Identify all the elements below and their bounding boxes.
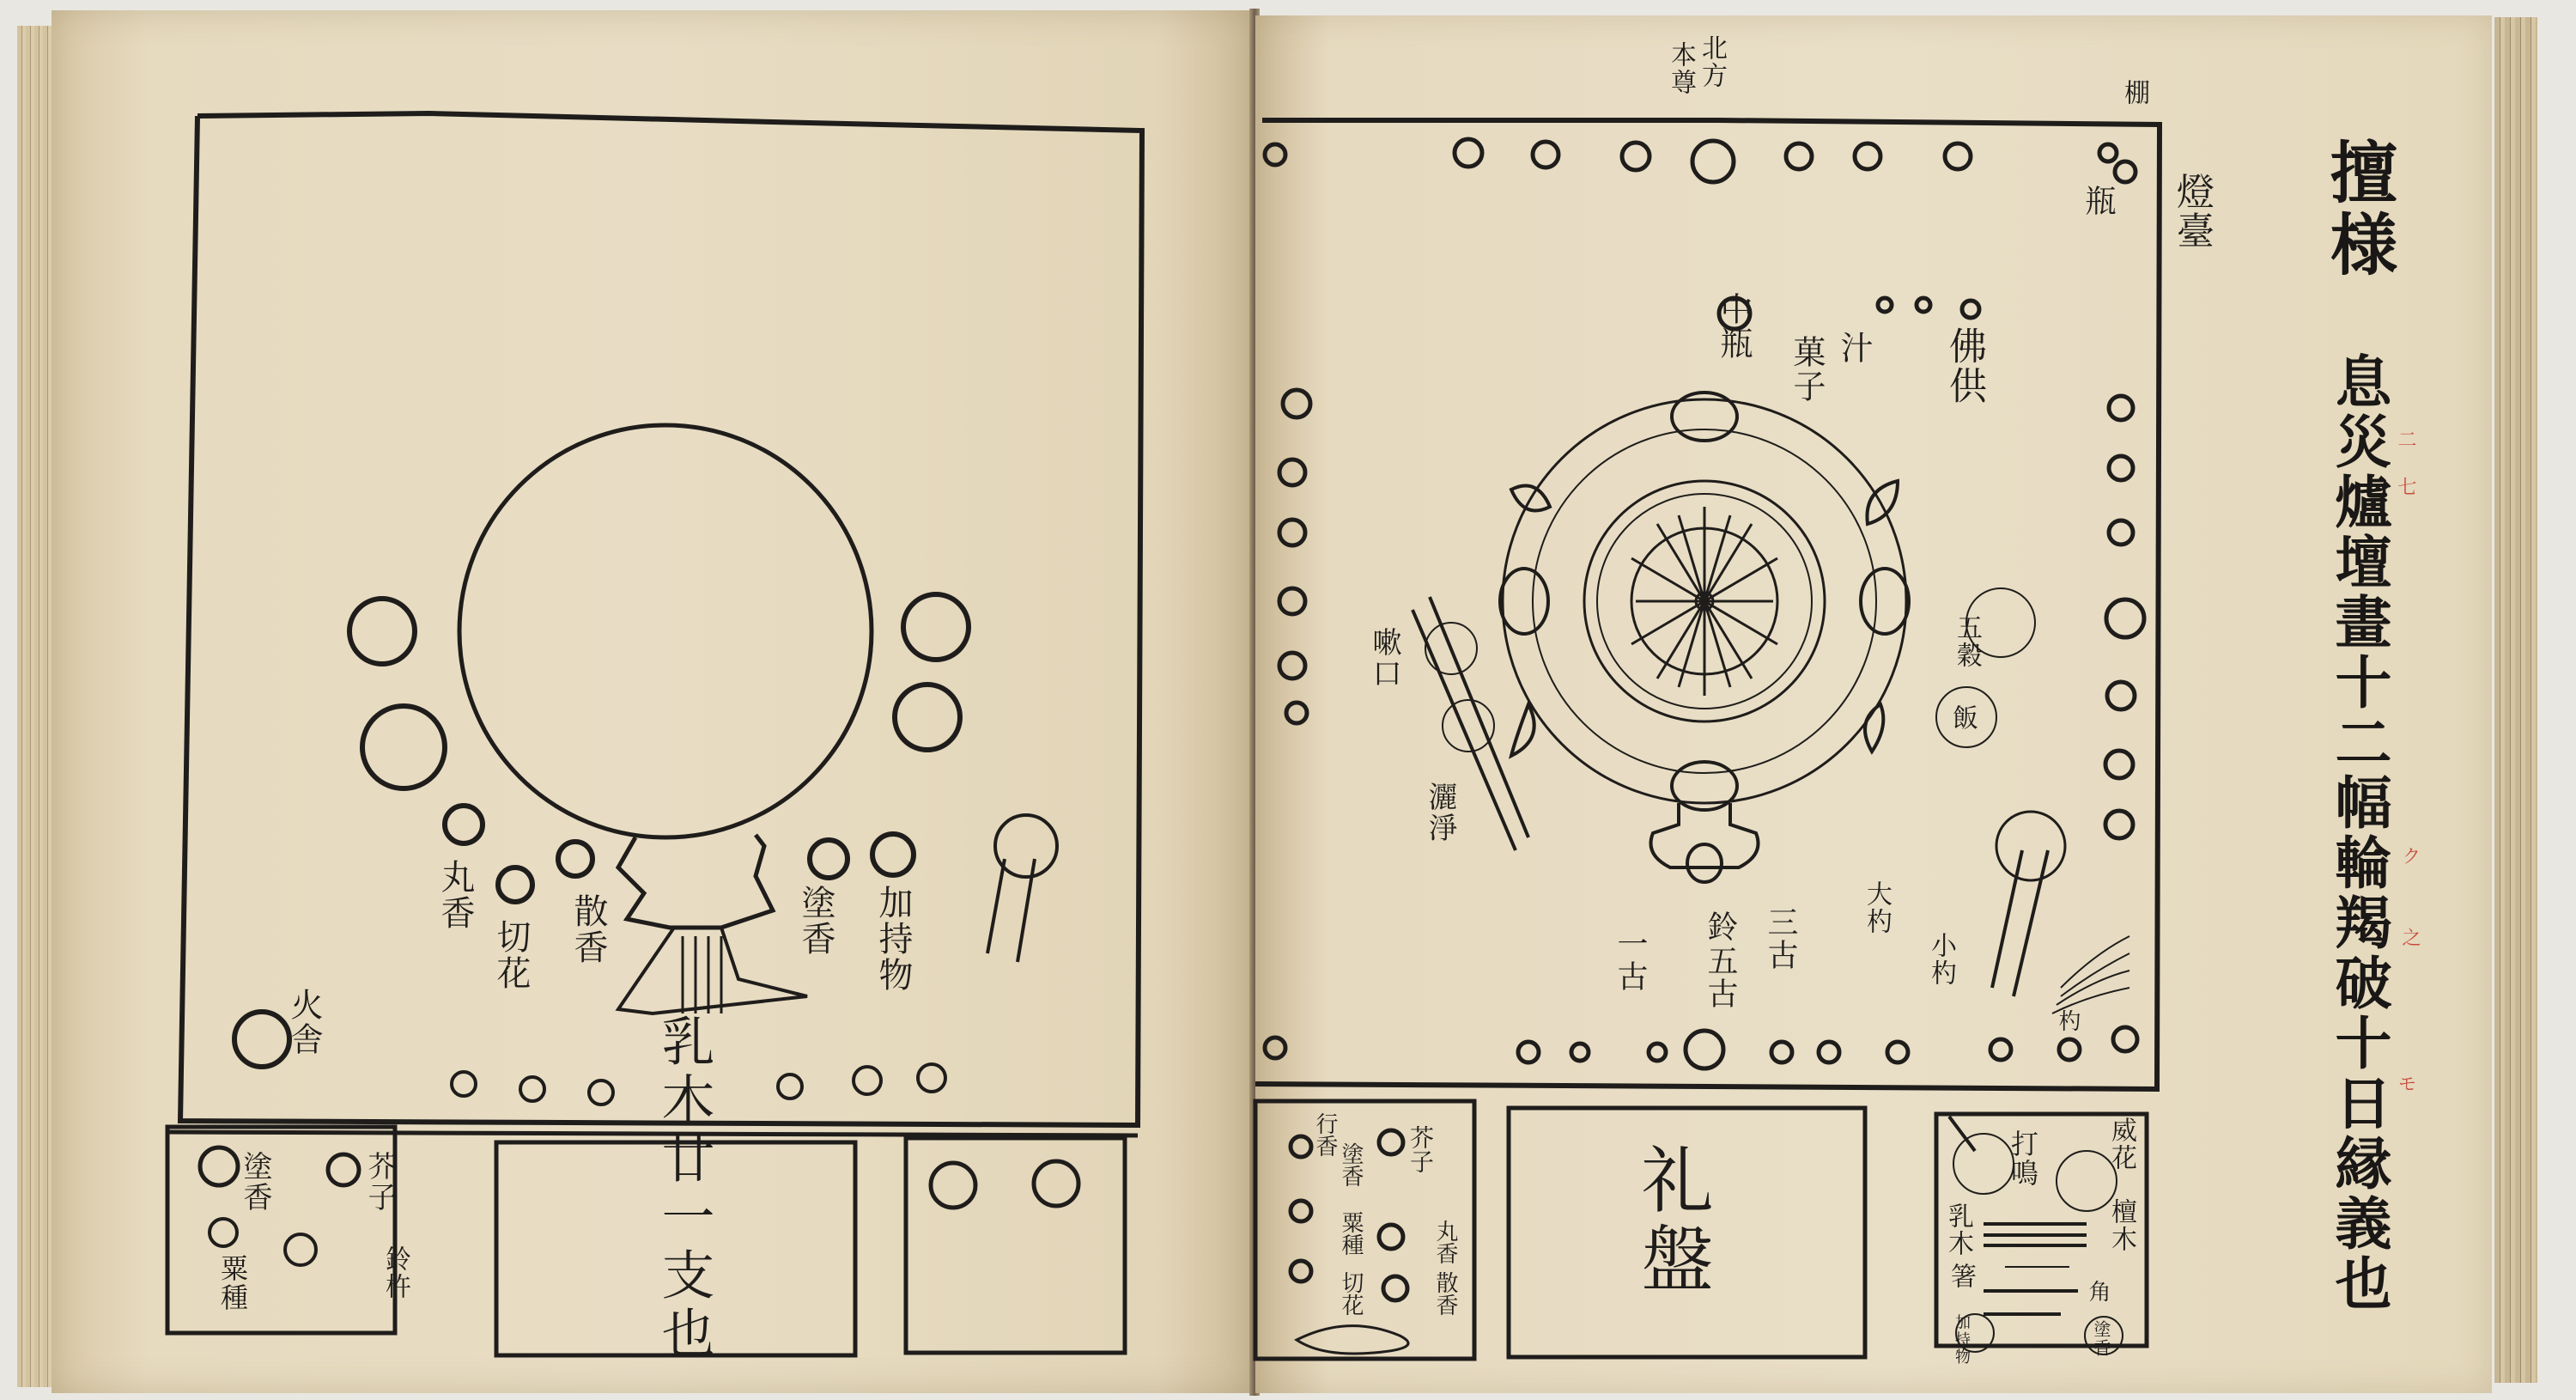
label-chopsticks: 箸 [1947, 1263, 1973, 1290]
red-annotation-3: ク [2400, 846, 2419, 867]
right-page-heading: 擅様 [2310, 137, 2406, 282]
label-fruits: 菓子 [1790, 335, 1823, 404]
label-empowered-items-box: 加持物 [1953, 1314, 1969, 1366]
left-box-mustard-seed: 芥子 [365, 1151, 394, 1213]
label-rice: 飯 [1949, 704, 1975, 732]
lower-left-box-label-2: 塗香 [1340, 1142, 1362, 1187]
label-three-prong: 三古 [1765, 906, 1795, 971]
lower-left-box-label-6: 丸香 [1434, 1220, 1456, 1264]
label-corner-vase: 瓶 [2082, 185, 2113, 217]
lower-left-box-label-5: 芥子 [1408, 1125, 1432, 1173]
label-shelf: 棚 [2121, 79, 2147, 107]
label-smear-incense-box: 塗香 [2093, 1320, 2110, 1358]
label-north: 北方 [1698, 34, 1724, 89]
label-soup: 汁 [1838, 331, 1870, 365]
left-box-millet: 粟種 [219, 1254, 246, 1312]
label-striker: 打鳴 [2009, 1129, 2037, 1188]
label-single-prong: 一古 [1614, 928, 1645, 993]
label-flowers: 威花 [2108, 1117, 2134, 1172]
label-mouth-rinse: 嗽口 [1370, 627, 1399, 689]
open-book: 擅様 息災爐壇畫十二幅輪羯破十日縁義也 北方 本尊 棚 燈臺 瓶 中瓶 菓子 汁… [0, 0, 2576, 1400]
label-milk-wood: 乳木 [1945, 1202, 1971, 1257]
left-box-bell-vajra: 鈴杵 [382, 1245, 408, 1300]
lower-left-box-label-1: 行香 [1314, 1112, 1336, 1157]
red-annotation-5: モ [2396, 1074, 2415, 1094]
left-offering-circles [200, 594, 1078, 1265]
lower-left-box-label-3: 粟種 [1340, 1211, 1362, 1256]
lower-left-box-label-4: 切花 [1340, 1271, 1362, 1316]
label-bell: 鈴 [1704, 910, 1735, 943]
right-page-title-text: 息災爐壇畫十二幅輪羯破十日縁義也 [2318, 352, 2400, 1314]
label-empowered-items: 加持物 [876, 885, 910, 993]
label-honzon: 本尊 [1668, 41, 1693, 96]
label-buddha-offering: 佛供 [1945, 326, 1983, 405]
label-center-vase: 中瓶 [1717, 292, 1750, 361]
red-annotation-1: 二 [2396, 429, 2415, 450]
red-annotation-2: 七 [2396, 477, 2415, 497]
label-large-ladle: 大杓 [1863, 880, 1889, 935]
lower-left-box-label-7: 散香 [1434, 1271, 1456, 1316]
raiban-label: 礼盤 [1636, 1142, 1708, 1300]
label-pill-incense: 丸香 [438, 859, 472, 931]
label-smear-incense: 塗香 [799, 885, 833, 957]
label-five-grains: 五穀 [1953, 614, 1979, 669]
left-box-smear-incense: 塗香 [240, 1151, 270, 1213]
label-scattered-incense: 散香 [571, 893, 605, 965]
label-fire-box: 火舎 [288, 988, 320, 1056]
label-lamp-stand: 燈臺 [2172, 172, 2210, 251]
label-five-prong: 五古 [1704, 945, 1735, 1010]
center-note: 乳木廿一支也 [657, 1013, 710, 1364]
label-cut-flowers: 切花 [494, 919, 528, 991]
label-small-ladle: 小杓 [1928, 932, 1953, 987]
label-sandalwood: 檀木 [2108, 1198, 2134, 1253]
label-horn: 角 [2087, 1280, 2109, 1304]
label-sprinkle-purify: 灑淨 [1425, 782, 1455, 843]
dharma-wheel-hearth [1500, 393, 1909, 882]
label-ladle-other: 杓 [2057, 1009, 2079, 1033]
red-annotation-4: 之 [2400, 928, 2419, 948]
